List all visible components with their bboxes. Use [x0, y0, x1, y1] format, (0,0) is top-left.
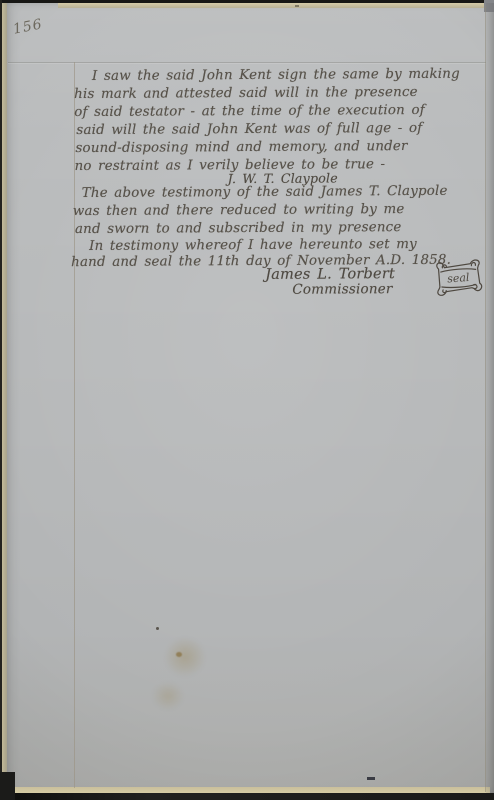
handwritten-line: was then and there reduced to writing by… — [73, 202, 405, 219]
edge-mark — [295, 5, 299, 7]
commissioner-title: Commissioner — [292, 281, 392, 298]
scanned-ledger-page: 156 I saw the said John Kent sign the sa… — [0, 0, 494, 800]
handwritten-line: of said testator - at the time of the ex… — [74, 103, 425, 120]
seal-word: seal — [447, 271, 471, 286]
paper-stain — [150, 680, 186, 712]
handwritten-line: his mark and attested said will in the p… — [74, 85, 418, 102]
handwritten-text-block: I saw the said John Kent sign the same b… — [0, 0, 494, 800]
hand-drawn-seal: seal — [430, 256, 487, 300]
handwritten-line: sound-disposing mind and memory, and und… — [75, 139, 407, 156]
paper-stain — [163, 636, 207, 678]
handwritten-line: The above testimony of the said James T.… — [82, 184, 448, 201]
paper-stain-core — [176, 652, 182, 657]
handwritten-line: and sworn to and subscribed in my presen… — [75, 220, 402, 237]
ink-speck — [156, 627, 159, 630]
handwritten-line: In testimony whereof I have hereunto set… — [89, 237, 417, 254]
handwritten-line: I saw the said John Kent sign the same b… — [92, 67, 460, 84]
edge-mark — [367, 777, 375, 780]
handwritten-line: said will the said John Kent was of full… — [76, 121, 422, 138]
